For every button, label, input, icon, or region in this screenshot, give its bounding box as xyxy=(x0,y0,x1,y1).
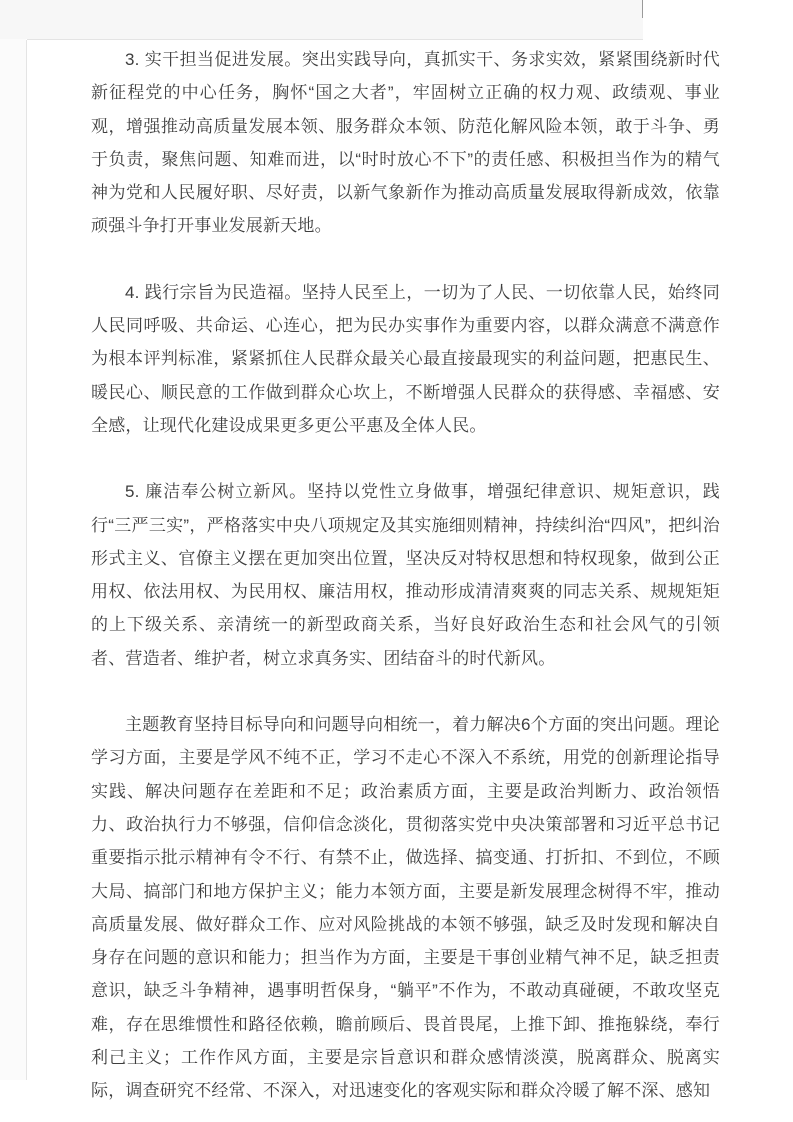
paragraph-6-tuchu-wenti: 主题教育坚持目标导向和问题导向相统一，着力解决6个方面的突出问题。理论学习方面，… xyxy=(91,708,720,1108)
paragraph-4-jianxing-zongzhi: 4. 践行宗旨为民造福。坚持人民至上，一切为了人民、一切依靠人民，始终同人民同呼… xyxy=(91,276,720,442)
document-viewer: 3. 实干担当促进发展。突出实践导向，真抓实干、务求实效，紧紧围绕新时代新征程党… xyxy=(0,0,793,1122)
paragraph-3-shigan-dandang: 3. 实干担当促进发展。突出实践导向，真抓实干、务求实效，紧紧围绕新时代新征程党… xyxy=(91,43,720,243)
text-cursor xyxy=(642,0,643,18)
page-left-margin xyxy=(0,39,26,1080)
document-page: 3. 实干担当促进发展。突出实践导向，真抓实干、务求实效，紧紧围绕新时代新征程党… xyxy=(27,40,793,1122)
page-top-margin xyxy=(0,0,643,39)
paragraph-5-lianjie-fenggong: 5. 廉洁奉公树立新风。坚持以党性立身做事，增强纪律意识、规矩意识，践行“三严三… xyxy=(91,475,720,675)
